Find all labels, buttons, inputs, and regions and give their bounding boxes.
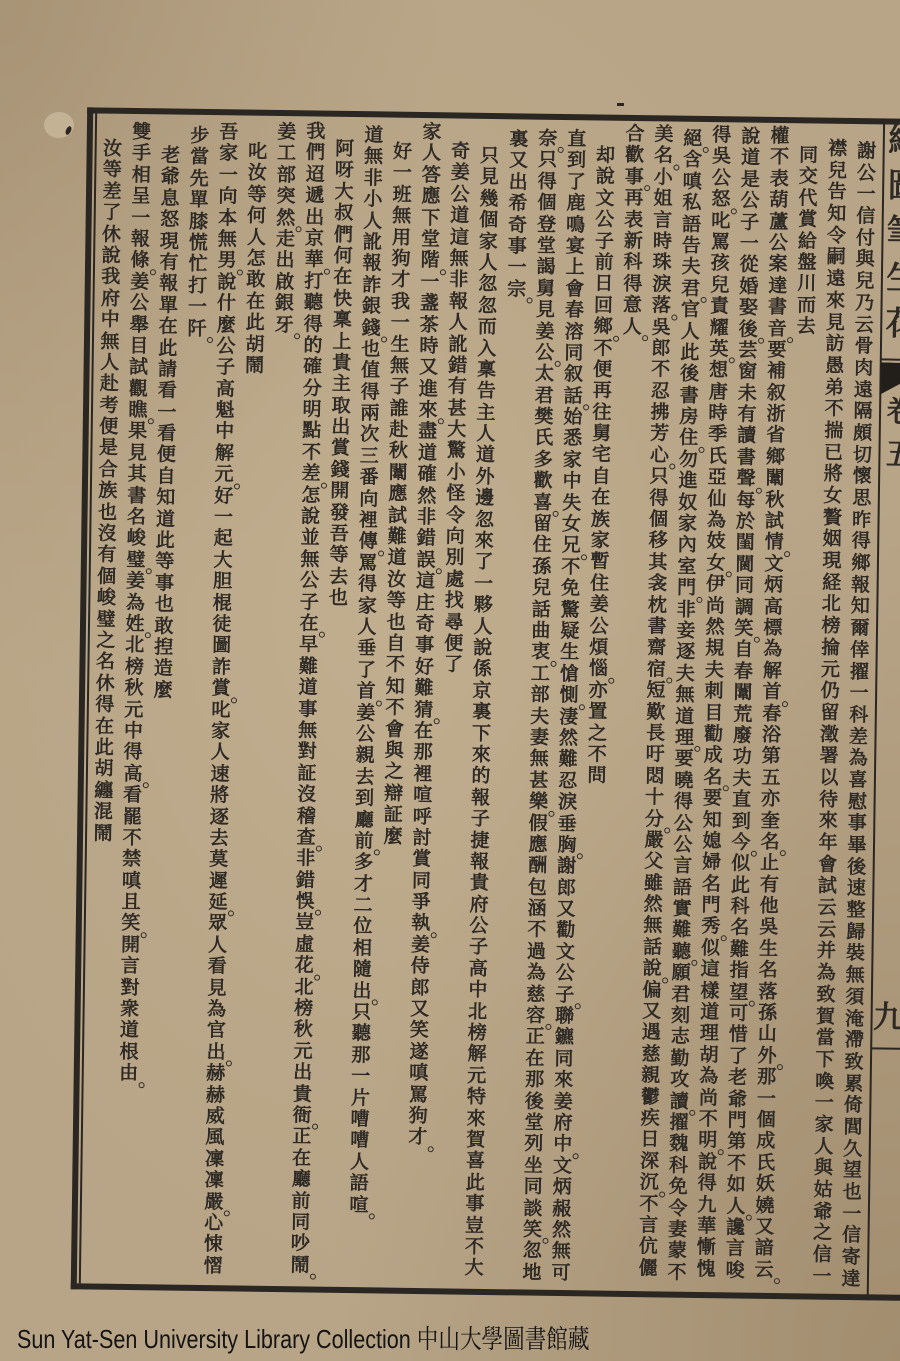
glyph: 茶 [415, 314, 443, 336]
glyph: 子 [590, 231, 618, 253]
glyph: 夫 [526, 706, 554, 728]
glyph: 芸 [734, 340, 762, 362]
glyph: 悶 [641, 766, 669, 788]
glyph: 人 [206, 742, 234, 764]
glyph: 現 [818, 551, 846, 573]
glyph: 京 [300, 228, 328, 250]
glyph: 魁 [211, 400, 239, 422]
glyph: 得 [693, 1173, 721, 1195]
glyph: 姜 [352, 703, 380, 725]
glyph: 元 [816, 659, 844, 681]
glyph: 蘆 [765, 211, 793, 233]
glyph: 宅 [587, 445, 615, 467]
glyph: 文 [551, 942, 579, 964]
glyph: 秋 [384, 441, 412, 463]
glyph: 報 [846, 575, 874, 597]
glyph: 得 [119, 742, 147, 764]
glyph: 闈 [729, 682, 757, 704]
glyph: 深 [635, 1151, 663, 1173]
glyph: 侍 [406, 956, 434, 978]
glyph: 大 [330, 181, 358, 203]
glyph: 中 [211, 422, 239, 444]
glyph: 圖 [887, 162, 900, 208]
glyph: 一 [503, 257, 531, 279]
glyph: 點 [298, 421, 326, 443]
glyph: 贅 [818, 507, 846, 529]
glyph: 華 [693, 1216, 721, 1238]
glyph: 說 [591, 167, 619, 189]
glyph: 公 [465, 916, 493, 938]
glyph: 會 [380, 719, 408, 741]
glyph: 觀 [124, 379, 152, 401]
glyph: 郎 [552, 878, 580, 900]
glyph: 時 [648, 231, 676, 253]
glyph: 奎 [756, 810, 784, 832]
glyph: 秀 [697, 916, 725, 938]
glyph: 給 [793, 231, 821, 253]
glyph: 唆 [721, 1260, 749, 1282]
glyph: 答 [417, 165, 445, 187]
glyph: 案 [764, 254, 792, 276]
glyph: 十 [640, 787, 668, 809]
glyph: 看 [203, 956, 231, 978]
glyph: 蒙 [663, 1241, 691, 1263]
glyph: 看 [153, 423, 181, 445]
glyph: 失 [558, 493, 586, 515]
glyph: 試 [383, 505, 411, 527]
glyph: 嚴 [200, 1192, 228, 1214]
glyph: 番 [355, 467, 383, 489]
glyph: 忙 [184, 254, 212, 276]
glyph: 又 [414, 357, 442, 379]
glyph: 舅 [588, 423, 616, 445]
glyph: 慴 [199, 1256, 227, 1278]
glyph: 為 [121, 592, 149, 614]
glyph: 說 [737, 126, 765, 148]
glyph: 啟 [271, 272, 299, 294]
glyph: 家 [474, 231, 502, 253]
glyph: 聽 [299, 292, 327, 314]
glyph: 人 [203, 935, 231, 957]
glyph: 只 [645, 466, 673, 488]
glyph: 每 [732, 490, 760, 512]
glyph: 須 [841, 987, 869, 1009]
glyph: 得 [299, 314, 327, 336]
glyph: 公 [764, 233, 792, 255]
text-column-22: 叱汝等何人怎敢在此胡鬧 [240, 142, 271, 378]
glyph: 別 [441, 548, 469, 570]
glyph: 向 [214, 186, 242, 208]
glyph: 仍 [816, 681, 844, 703]
glyph: 試 [813, 876, 841, 898]
glyph: 那 [409, 742, 437, 764]
glyph: 見 [123, 443, 151, 465]
glyph: 閨 [731, 533, 759, 555]
glyph: 語 [678, 214, 706, 236]
glyph: 吁 [641, 744, 669, 766]
glyph: 婚 [735, 276, 763, 298]
glyph: 同 [550, 1049, 578, 1071]
glyph: 意 [618, 295, 646, 317]
glyph: 忽 [518, 1241, 546, 1263]
glyph: 姐 [649, 188, 677, 210]
glyph: 了 [98, 203, 126, 225]
glyph: 住 [585, 573, 613, 595]
glyph: 們 [301, 143, 329, 165]
glyph: 個 [752, 1110, 780, 1132]
glyph: 隨 [348, 959, 376, 981]
glyph: 達 [764, 276, 792, 298]
glyph: 府 [96, 288, 124, 310]
glyph: 讀 [733, 426, 761, 448]
glyph: 歎 [642, 702, 670, 724]
glyph: 甚 [443, 398, 471, 420]
glyph: 見 [531, 300, 559, 322]
glyph: 等 [243, 184, 271, 206]
glyph: 落 [754, 981, 782, 1003]
glyph: 考 [95, 395, 123, 417]
glyph: 會 [561, 279, 589, 301]
glyph: 弟 [820, 377, 848, 399]
glyph: 一 [845, 683, 873, 705]
glyph: 凜 [200, 1170, 228, 1192]
glyph: 始 [559, 407, 587, 429]
glyph: 相 [127, 165, 155, 187]
glyph: 北 [463, 1001, 491, 1023]
glyph: 唐 [704, 382, 732, 404]
glyph: 道 [736, 148, 764, 170]
glyph: 子 [385, 377, 413, 399]
glyph: 落 [647, 295, 675, 317]
glyph: 了 [439, 655, 467, 677]
glyph: 應 [524, 834, 552, 856]
glyph: 葫 [765, 190, 793, 212]
glyph: 華 [300, 250, 328, 272]
glyph: 邊 [471, 488, 499, 510]
glyph: 舉 [125, 314, 153, 336]
glyph: 也 [838, 1182, 866, 1204]
glyph: 郎 [406, 977, 434, 999]
glyph: 令 [441, 505, 469, 527]
volume-label: 卷五 [884, 390, 900, 476]
glyph: 得 [533, 171, 561, 193]
glyph: 無 [213, 229, 241, 251]
glyph: 慌 [184, 233, 212, 255]
glyph: 想 [704, 360, 732, 382]
glyph: 確 [413, 464, 441, 486]
glyph: 有 [755, 874, 783, 896]
glyph: 其 [123, 464, 151, 486]
glyph: 怒 [707, 189, 735, 211]
glyph: 道 [696, 1002, 724, 1024]
glyph: 麼 [212, 315, 240, 337]
glyph: 賞 [408, 849, 436, 871]
glyph: 裏 [505, 129, 533, 151]
glyph: 姜 [549, 1091, 577, 1113]
glyph: 確 [298, 357, 326, 379]
glyph: 錯 [444, 355, 472, 377]
glyph: 同 [730, 576, 758, 598]
punctuation-circle [139, 1082, 145, 1088]
glyph: 姑 [809, 1180, 837, 1202]
glyph: 報 [126, 229, 154, 251]
glyph: 出 [348, 981, 376, 1003]
glyph: 當 [185, 147, 213, 169]
glyph: 事 [461, 1194, 489, 1216]
glyph: 笑 [117, 913, 145, 935]
glyph: 孩 [706, 253, 734, 275]
glyph: 出 [301, 207, 329, 229]
glyph: 情 [760, 532, 788, 554]
glyph: 孫 [754, 1003, 782, 1025]
glyph: 五 [884, 433, 900, 476]
glyph: 到 [350, 788, 378, 810]
glyph: 時 [415, 336, 443, 358]
glyph: 云 [850, 314, 878, 336]
glyph: 可 [547, 1263, 575, 1285]
glyph: 族 [94, 481, 122, 503]
glyph: 開 [116, 935, 144, 957]
glyph: 等 [325, 545, 353, 567]
glyph: 名 [699, 767, 727, 789]
glyph: 什 [212, 293, 240, 315]
glyph: 成 [752, 1131, 780, 1153]
glyph: 不 [694, 1109, 722, 1131]
glyph: 住 [528, 535, 556, 557]
glyph: 銀 [270, 293, 298, 315]
glyph: 嗔 [678, 171, 706, 193]
glyph: 理 [695, 1023, 723, 1045]
glyph: 告 [472, 381, 500, 403]
glyph: 在 [241, 291, 269, 313]
glyph: 然 [272, 207, 300, 229]
glyph: 誰 [385, 398, 413, 420]
glyph: 罵 [354, 553, 382, 575]
glyph: 胡 [695, 1045, 723, 1067]
glyph: 在 [154, 316, 182, 338]
glyph: 次 [356, 425, 384, 447]
glyph: 姜 [531, 321, 559, 343]
glyph: 笑 [730, 618, 758, 640]
glyph: 道 [360, 125, 388, 147]
glyph: 惱 [584, 659, 612, 681]
glyph: 聽 [347, 1023, 375, 1045]
glyph: 襟 [824, 139, 852, 161]
glyph: 婦 [698, 852, 726, 874]
glyph: 小 [649, 167, 677, 189]
glyph: 相 [348, 938, 376, 960]
glyph: 好 [388, 142, 416, 164]
glyph: 好 [210, 486, 238, 508]
glyph: 不 [557, 557, 585, 579]
glyph: 再 [620, 188, 648, 210]
glyph: 忽 [470, 509, 498, 531]
glyph: 小 [359, 189, 387, 211]
glyph: 妻 [525, 727, 553, 749]
glyph: 公 [736, 191, 764, 213]
glyph: 為 [695, 1066, 723, 1088]
glyph: 一 [752, 1088, 780, 1110]
glyph: 去 [792, 316, 820, 338]
glyph: 又 [406, 999, 434, 1021]
glyph: 人 [359, 211, 387, 233]
glyph: 致 [812, 984, 840, 1006]
glyph: 闈 [761, 468, 789, 490]
glyph: 遇 [637, 1022, 665, 1044]
glyph: 分 [640, 809, 668, 831]
glyph: 一 [127, 207, 155, 229]
glyph: 英 [705, 339, 733, 361]
glyph: 耀 [705, 317, 733, 339]
glyph: 部 [526, 685, 554, 707]
glyph: 一 [183, 297, 211, 319]
glyph: 到 [562, 150, 590, 172]
glyph: 無 [525, 749, 553, 771]
glyph: 仙 [703, 489, 731, 511]
glyph: 氏 [703, 446, 731, 468]
text-column-21: 姜工部突然走出啟銀牙 [270, 122, 301, 336]
glyph: 在 [587, 488, 615, 510]
glyph: 個 [644, 509, 672, 531]
glyph: 言 [721, 1239, 749, 1261]
glyph: 這 [445, 227, 473, 249]
glyph: 語 [345, 1173, 373, 1195]
text-column-9: 合歡事再表新科得意人 [618, 124, 649, 338]
glyph: 含 [678, 150, 706, 172]
glyph: 叱 [207, 700, 235, 722]
glyph: 北 [817, 594, 845, 616]
glyph: 開 [326, 481, 354, 503]
glyph: 榜 [817, 616, 845, 638]
glyph: 久 [839, 1139, 867, 1161]
glyph: 付 [851, 228, 879, 250]
glyph: 往 [588, 402, 616, 424]
glyph: 報 [358, 253, 386, 275]
glyph: 姜 [273, 122, 301, 144]
glyph: 我 [97, 267, 125, 289]
glyph: 差 [844, 727, 872, 749]
glyph: 才 [349, 874, 377, 896]
glyph: 直 [727, 789, 755, 811]
glyph: 鄉 [761, 447, 789, 469]
glyph: 家 [418, 122, 446, 144]
glyph: 音 [763, 318, 791, 340]
glyph: 有 [155, 252, 183, 274]
glyph: 多 [529, 449, 557, 471]
glyph: 用 [387, 227, 415, 249]
glyph: 試 [124, 357, 152, 379]
glyph: 公 [531, 342, 559, 364]
glyph: 敢 [150, 616, 178, 638]
glyph: 嗣 [822, 247, 850, 269]
glyph: 勸 [699, 724, 727, 746]
punctuation-circle [207, 337, 213, 343]
glyph: 與 [851, 249, 879, 271]
glyph: 叔 [330, 203, 358, 225]
glyph: 解 [758, 661, 786, 683]
glyph: 甚 [525, 770, 553, 792]
glyph: 垂 [553, 813, 581, 835]
glyph: 有 [443, 377, 471, 399]
glyph: 儷 [634, 1258, 662, 1280]
glyph: 樂 [524, 792, 552, 814]
punctuation-circle [310, 1274, 316, 1280]
glyph: 君 [677, 278, 705, 300]
glyph: 下 [811, 1049, 839, 1071]
glyph: 媳 [698, 831, 726, 853]
glyph: 在 [90, 716, 118, 738]
glyph: 乃 [850, 293, 878, 315]
glyph: 為 [812, 963, 840, 985]
glyph: 一 [388, 163, 416, 185]
glyph: 等 [382, 591, 410, 613]
glyph: 同 [794, 145, 822, 167]
glyph: 禁 [118, 849, 146, 871]
glyph: 位 [349, 917, 377, 939]
glyph: 忽 [474, 274, 502, 296]
glyph: 堂 [520, 1112, 548, 1134]
glyph: 胸 [553, 835, 581, 857]
glyph: 阡 [183, 318, 211, 340]
glyph: 生 [886, 254, 900, 300]
glyph: 親 [351, 745, 379, 767]
glyph: 果 [124, 421, 152, 443]
glyph: 工 [272, 143, 300, 165]
glyph: 條 [126, 250, 154, 272]
glyph: 喜 [844, 770, 872, 792]
glyph: 爺 [723, 1089, 751, 1111]
glyph: 文 [591, 188, 619, 210]
glyph: 衆 [115, 999, 143, 1021]
glyph: 不 [381, 698, 409, 720]
glyph: 前 [350, 831, 378, 853]
glyph: 只 [475, 146, 503, 168]
glyph: 狗 [387, 248, 415, 270]
glyph: 出 [202, 1042, 230, 1064]
glyph: 正 [521, 1027, 549, 1049]
glyph: 事 [150, 573, 178, 595]
glyph: 璧 [122, 550, 150, 572]
glyph: 為 [759, 639, 787, 661]
glyph: 之 [808, 1223, 836, 1245]
glyph: 敢 [242, 270, 270, 292]
glyph: 罷 [118, 806, 146, 828]
glyph: 中 [119, 721, 147, 743]
glyph: 調 [730, 597, 758, 619]
glyph: 慚 [692, 1237, 720, 1259]
glyph: 豈 [291, 913, 319, 935]
glyph: 無 [386, 355, 414, 377]
glyph: 代 [794, 188, 822, 210]
glyph: 合 [94, 459, 122, 481]
glyph: 高 [464, 959, 492, 981]
glyph: 地 [518, 1262, 546, 1284]
glyph: 樣 [696, 981, 724, 1003]
glyph: 來 [470, 531, 498, 553]
glyph: 親 [637, 1065, 665, 1087]
glyph: 那 [347, 1045, 375, 1067]
glyph: 云 [813, 919, 841, 941]
glyph: 姜 [585, 595, 613, 617]
glyph: 花 [290, 955, 318, 977]
glyph: 豈 [461, 1215, 489, 1237]
glyph: 倚 [839, 1095, 867, 1117]
glyph: 名 [697, 874, 725, 896]
glyph: 外 [471, 467, 499, 489]
glyph: 事 [843, 813, 871, 835]
glyph: 打 [184, 275, 212, 297]
glyph: 早 [295, 635, 323, 657]
